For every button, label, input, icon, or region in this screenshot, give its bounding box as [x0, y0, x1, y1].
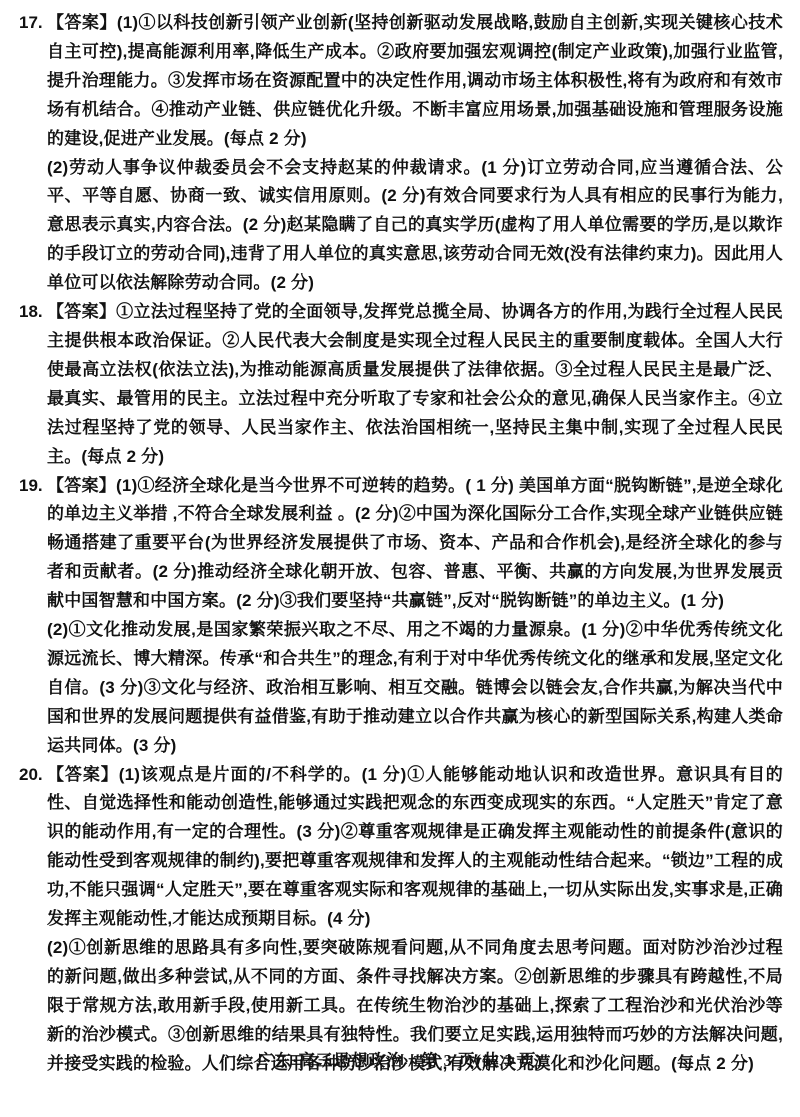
answer-label: 【答案】 [47, 476, 116, 495]
answer-item-17: 17. 【答案】(1)①以科技创新引领产业创新(坚持创新驱动发展战略,鼓励自主创… [19, 9, 783, 298]
answer-paragraph: 【答案】(1)①经济全球化是当今世界不可逆转的趋势。( 1 分) 美国单方面“脱… [47, 472, 783, 617]
answer-item-20: 20. 【答案】(1)该观点是片面的/不科学的。(1 分)①人能够能动地认识和改… [19, 761, 783, 1079]
page-footer: 广东·高三思想政治 第 3 页(共 3 页) [0, 1047, 800, 1071]
answer-paragraph: (2)①文化推动发展,是国家繁荣振兴取之不尽、用之不竭的力量源泉。(1 分)②中… [47, 616, 783, 761]
answer-body: 【答案】(1)①经济全球化是当今世界不可逆转的趋势。( 1 分) 美国单方面“脱… [47, 472, 783, 761]
answer-label: 【答案】 [47, 302, 116, 321]
answer-text: (1)该观点是片面的/不科学的。(1 分)①人能够能动地认识和改造世界。意识具有… [47, 765, 783, 929]
answer-item-19: 19. 【答案】(1)①经济全球化是当今世界不可逆转的趋势。( 1 分) 美国单… [19, 472, 783, 761]
answer-text: (1)①以科技创新引领产业创新(坚持创新驱动发展战略,鼓励自主创新,实现关键核心… [47, 13, 783, 148]
page-footer-text: 广东·高三思想政治 第 3 页(共 3 页) [257, 1051, 543, 1070]
answer-paragraph: 【答案】①立法过程坚持了党的全面领导,发挥党总揽全局、协调各方的作用,为践行全过… [47, 298, 783, 471]
answer-label: 【答案】 [47, 13, 117, 32]
answer-text: (1)①经济全球化是当今世界不可逆转的趋势。( 1 分) 美国单方面“脱钩断链”… [47, 476, 783, 611]
question-number: 17. [19, 9, 47, 38]
answers-list: 17. 【答案】(1)①以科技创新引领产业创新(坚持创新驱动发展战略,鼓励自主创… [19, 9, 783, 1079]
answer-body: 【答案】(1)①以科技创新引领产业创新(坚持创新驱动发展战略,鼓励自主创新,实现… [47, 9, 783, 298]
exam-answer-key-page: 17. 【答案】(1)①以科技创新引领产业创新(坚持创新驱动发展战略,鼓励自主创… [0, 0, 800, 1117]
answer-paragraph: (2)劳动人事争议仲裁委员会不会支持赵某的仲裁请求。(1 分)订立劳动合同,应当… [47, 154, 783, 299]
answer-label: 【答案】 [47, 765, 119, 784]
question-number: 20. [19, 761, 47, 790]
answer-paragraph: 【答案】(1)①以科技创新引领产业创新(坚持创新驱动发展战略,鼓励自主创新,实现… [47, 9, 783, 154]
answer-body: 【答案】①立法过程坚持了党的全面领导,发挥党总揽全局、协调各方的作用,为践行全过… [47, 298, 783, 471]
answer-text: ①立法过程坚持了党的全面领导,发挥党总揽全局、协调各方的作用,为践行全过程人民民… [47, 302, 783, 466]
answer-body: 【答案】(1)该观点是片面的/不科学的。(1 分)①人能够能动地认识和改造世界。… [47, 761, 783, 1079]
answer-item-18: 18. 【答案】①立法过程坚持了党的全面领导,发挥党总揽全局、协调各方的作用,为… [19, 298, 783, 471]
answer-paragraph: 【答案】(1)该观点是片面的/不科学的。(1 分)①人能够能动地认识和改造世界。… [47, 761, 783, 934]
question-number: 19. [19, 472, 47, 501]
question-number: 18. [19, 298, 47, 327]
